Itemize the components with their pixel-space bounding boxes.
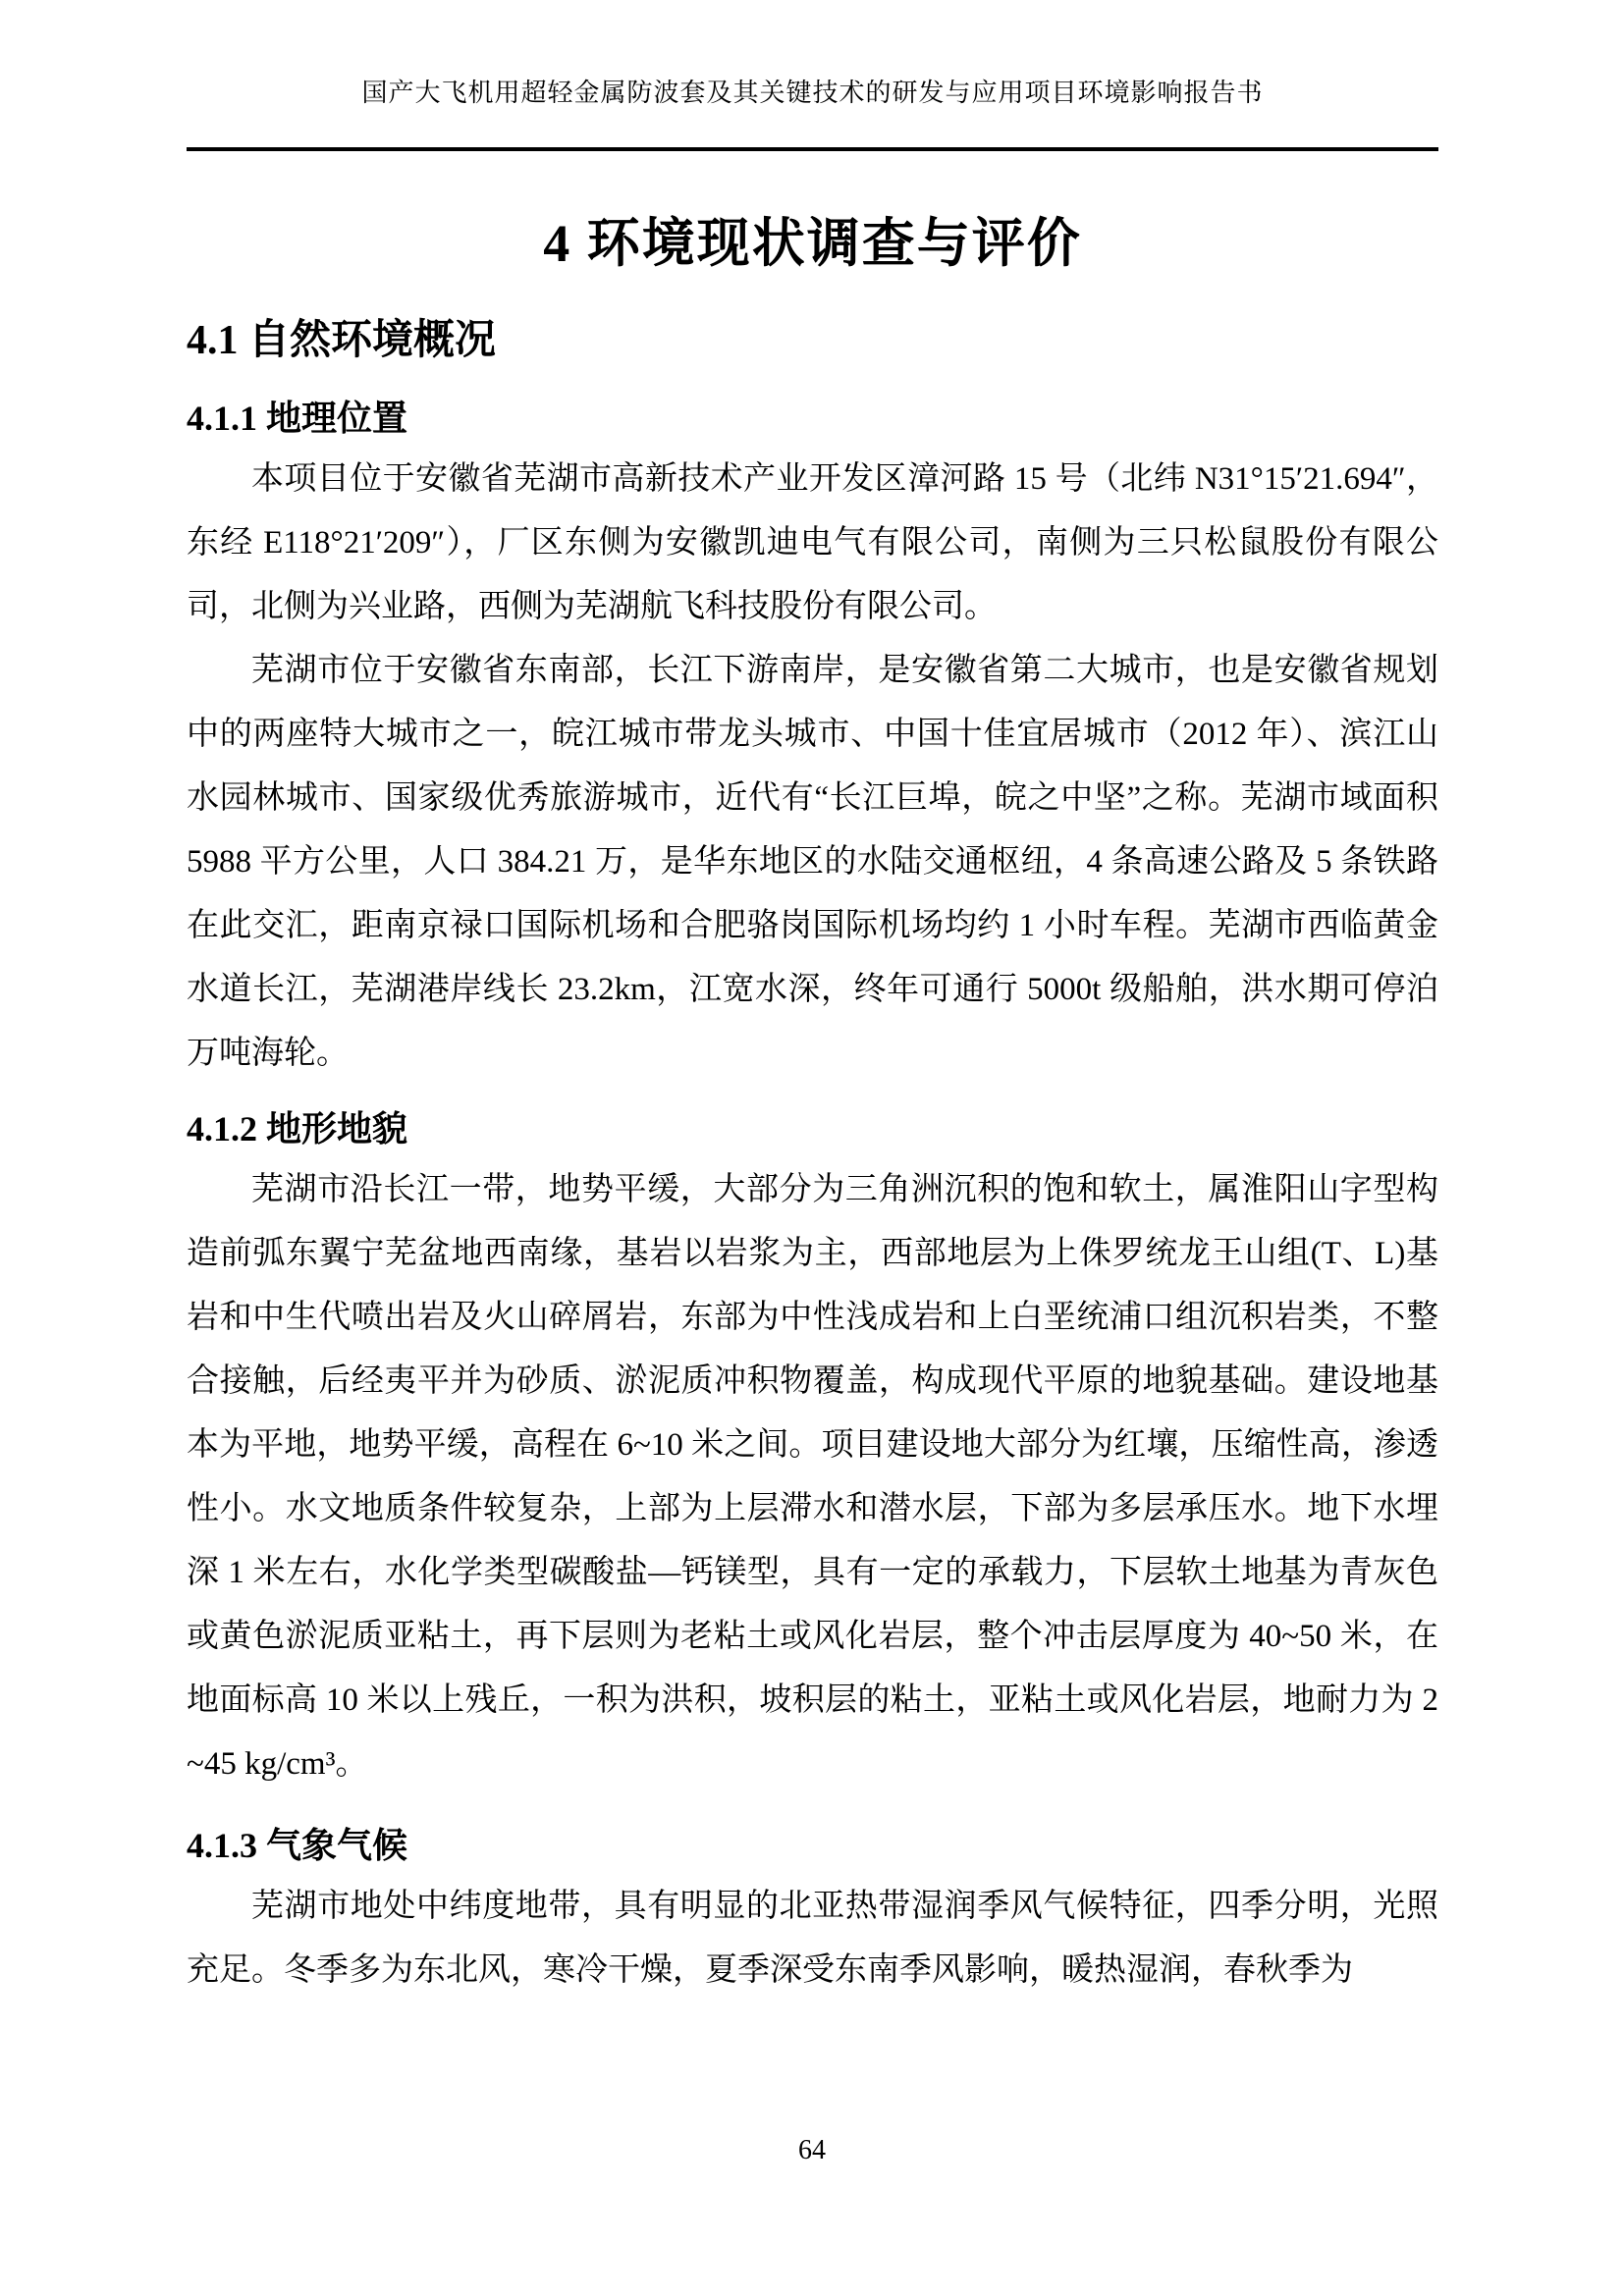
section-heading-4-1: 4.1 自然环境概况 — [187, 316, 1438, 365]
subsection-heading-4-1-2: 4.1.2 地形地貌 — [187, 1107, 1438, 1150]
paragraph-location-2: 芜湖市位于安徽省东南部，长江下游南岸，是安徽省第二大城市，也是安徽省规划中的两座… — [187, 639, 1438, 1086]
document-page: 国产大飞机用超轻金属防波套及其关键技术的研发与应用项目环境影响报告书 4 环境现… — [0, 0, 1624, 2296]
subsection-heading-4-1-1: 4.1.1 地理位置 — [187, 397, 1438, 440]
paragraph-terrain: 芜湖市沿长江一带，地势平缓，大部分为三角洲沉积的饱和软土，属淮阳山字型构造前弧东… — [187, 1158, 1438, 1796]
paragraph-climate: 芜湖市地处中纬度地带，具有明显的北亚热带湿润季风气候特征，四季分明，光照充足。冬… — [187, 1875, 1438, 2002]
chapter-title: 4 环境现状调查与评价 — [187, 206, 1438, 281]
page-number: 64 — [0, 2135, 1624, 2166]
subsection-heading-4-1-3: 4.1.3 气象气候 — [187, 1824, 1438, 1867]
page-header-title: 国产大飞机用超轻金属防波套及其关键技术的研发与应用项目环境影响报告书 — [187, 0, 1438, 110]
paragraph-location-1: 本项目位于安徽省芜湖市高新技术产业开发区漳河路 15 号（北纬 N31°15′2… — [187, 448, 1438, 639]
header-divider — [187, 147, 1438, 151]
